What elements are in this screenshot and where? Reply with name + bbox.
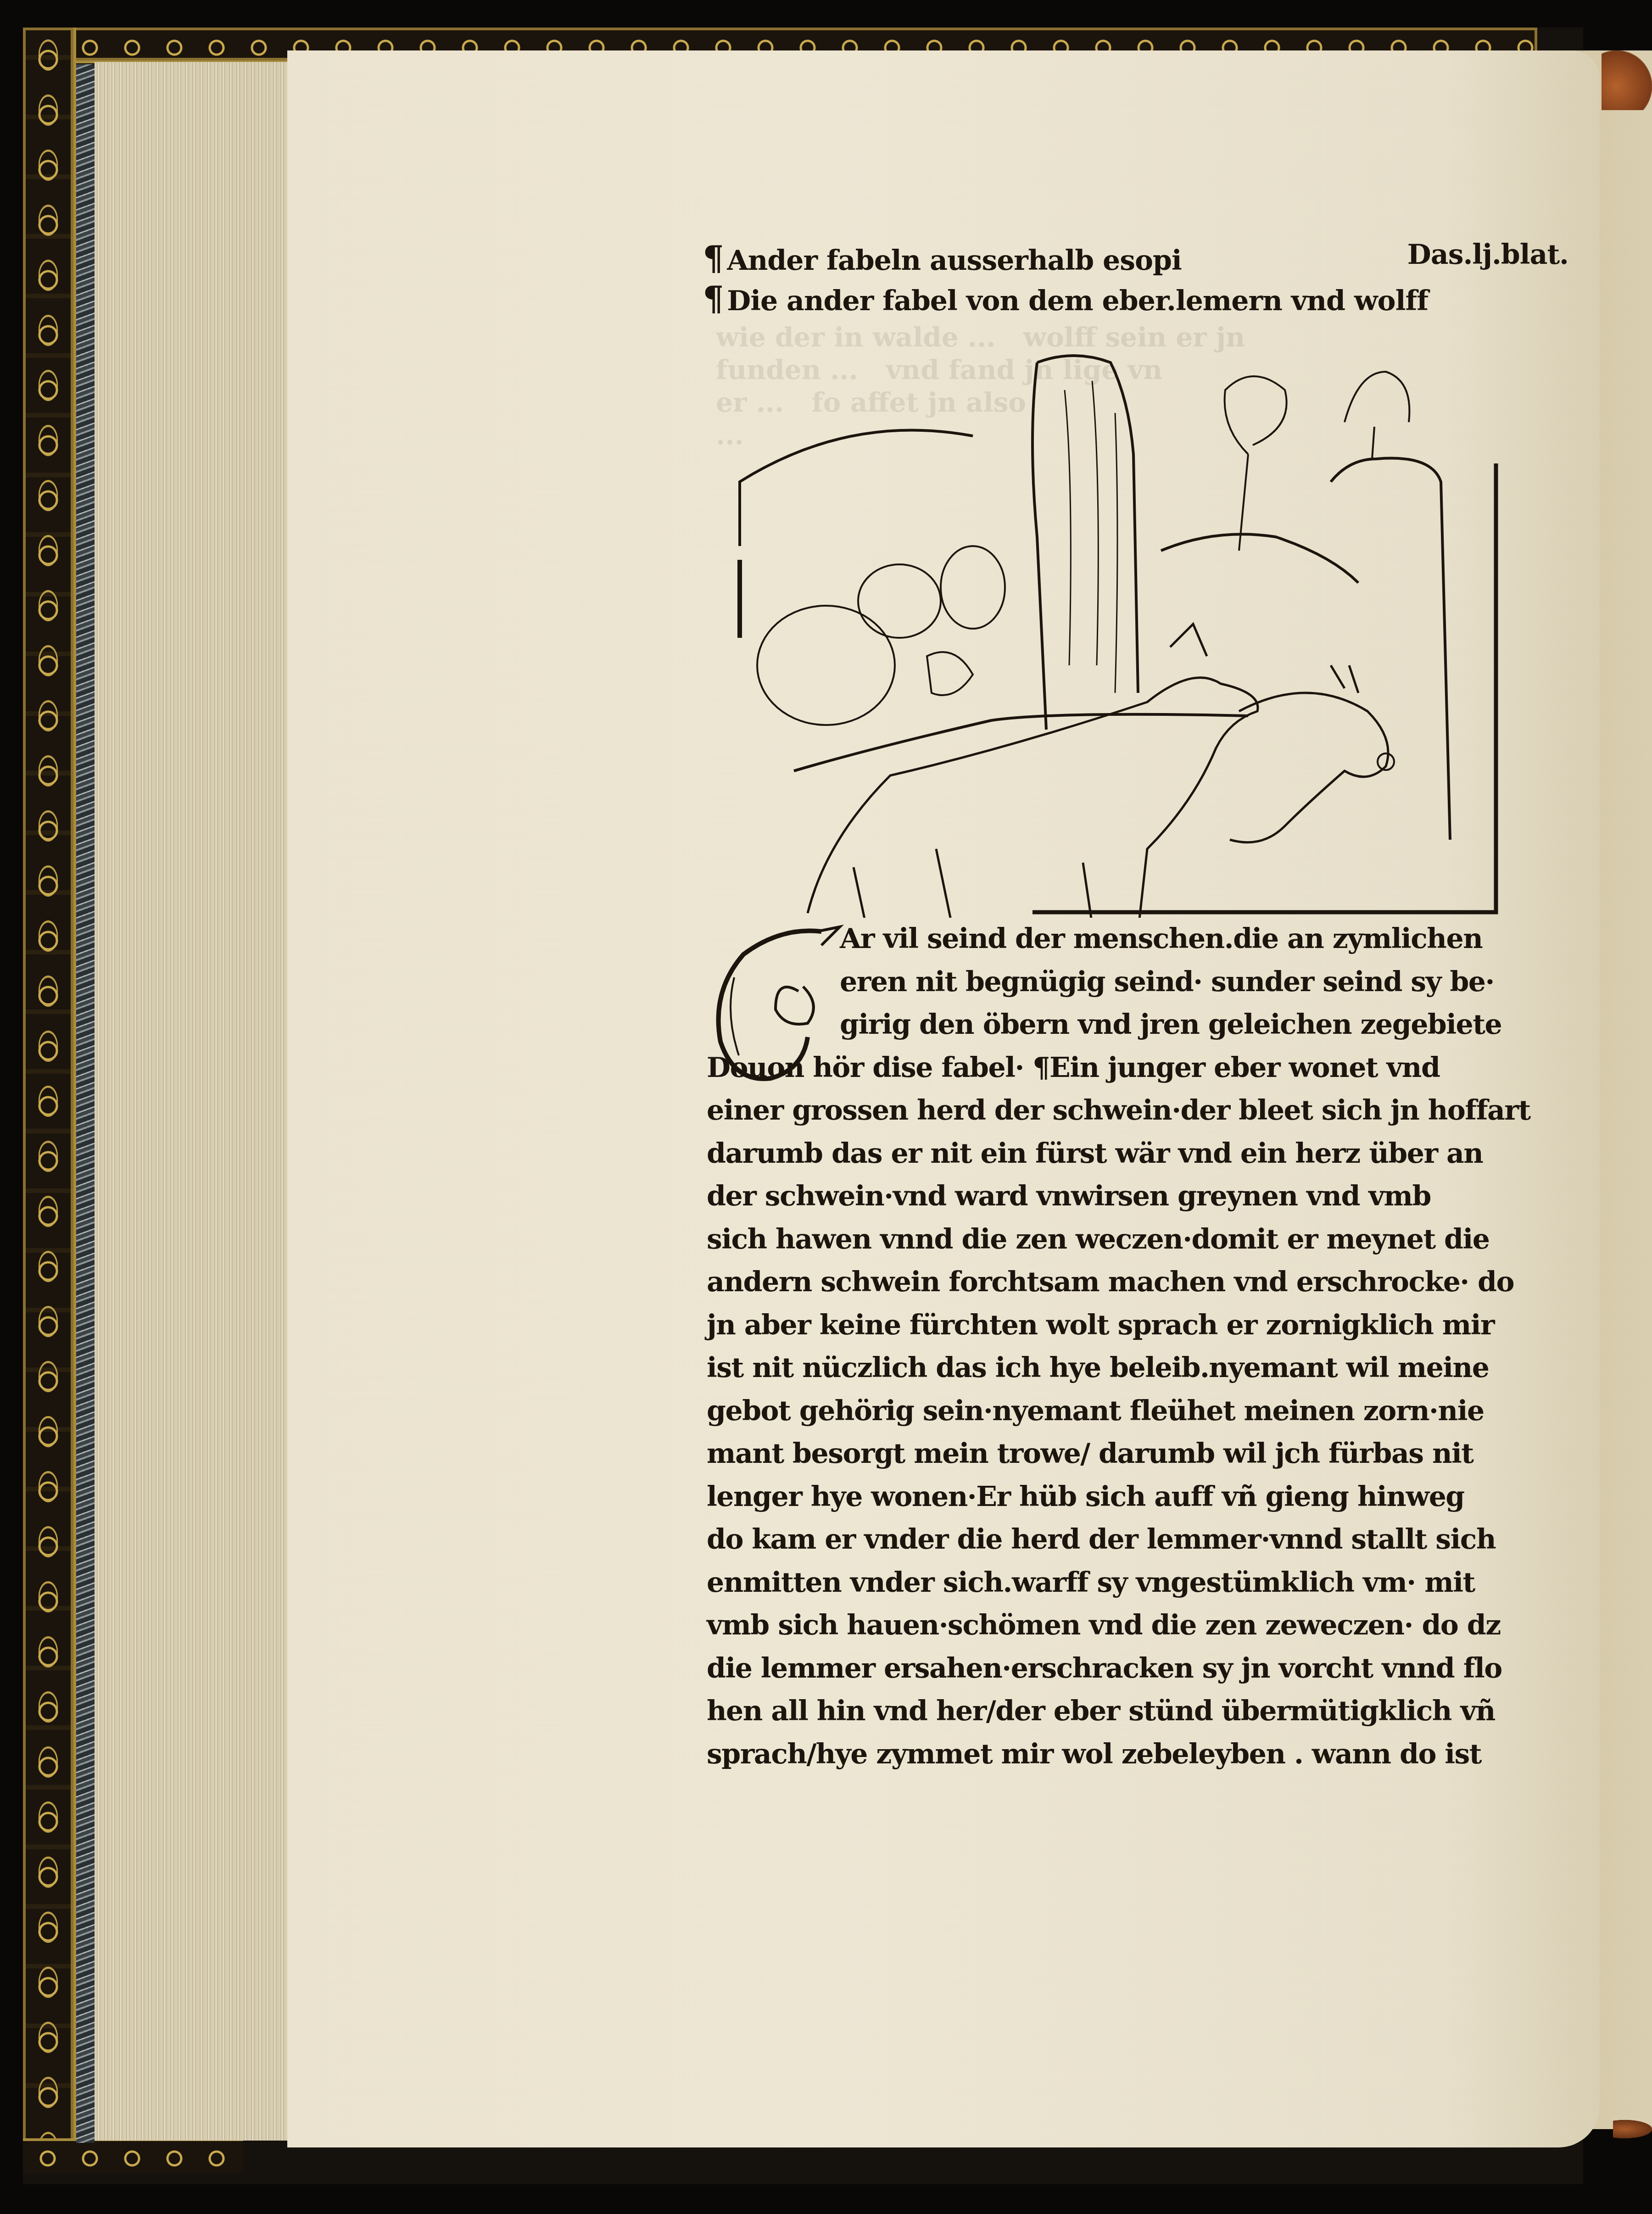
text-line: jn aber keine fürchten wolt sprach er zo… xyxy=(707,1304,1579,1347)
folio-number: Das.lj.blat. xyxy=(1407,239,1568,271)
text-line: darumb das er nit ein fürst wär vnd ein … xyxy=(707,1132,1579,1176)
red-ribbon-bottom xyxy=(1613,2120,1652,2138)
text-line: die lemmer ersahen·erschracken sy jn vor… xyxy=(707,1647,1579,1690)
running-head: ¶Ander fabeln ausserhalb esopi Das.lj.bl… xyxy=(697,239,1568,278)
text-line: eren nit begnügig seind· sunder seind sy… xyxy=(707,961,1579,1004)
text-line: lenger hye wonen·Er hüb sich auff vñ gie… xyxy=(707,1476,1579,1519)
text-line: ist nit nüczlich das ich hye beleib.nyem… xyxy=(707,1347,1579,1390)
text-line: einer grossen herd der schwein·der bleet… xyxy=(707,1089,1579,1132)
pilcrow-icon: ¶ xyxy=(697,239,723,278)
frame-arch xyxy=(740,430,973,547)
gilt-border-bottom xyxy=(23,2138,243,2173)
red-ribbon-top xyxy=(1602,50,1652,110)
text-line: der schwein·vnd ward vnwirsen greynen vn… xyxy=(707,1175,1579,1218)
running-head-left: Ander fabeln ausserhalb esopi xyxy=(727,245,1182,277)
page-block-edges xyxy=(95,62,287,2141)
chapter-title-text: Die ander fabel von dem eber.lemern vnd … xyxy=(727,285,1428,317)
text-line: hen all hin vnd her/der eber stünd überm… xyxy=(707,1690,1579,1733)
text-line: sich hawen vnnd die zen weczen·domit er … xyxy=(707,1218,1579,1261)
text-line: andern schwein forchtsam machen vnd ersc… xyxy=(707,1261,1579,1304)
marbled-endpaper xyxy=(76,64,95,2143)
text-line: mant besorgt mein trowe/ darumb wil jch … xyxy=(707,1433,1579,1476)
text-line: Douon hör dise fabel· ¶Ein junger eber w… xyxy=(707,1047,1579,1090)
text-line: Ar vil seind der menschen.die an zymlich… xyxy=(707,918,1579,961)
chapter-title: ¶Die ander fabel von dem eber.lemern vnd… xyxy=(697,279,1428,318)
text-line: girig den öbern vnd jren geleichen zegeb… xyxy=(707,1004,1579,1047)
gilt-border-left xyxy=(23,28,76,2166)
text-line: vmb sich hauen·schömen vnd die zen zewec… xyxy=(707,1604,1579,1647)
text-line: sprach/hye zymmet mir wol zebeleyben . w… xyxy=(707,1733,1579,1776)
pilcrow-icon: ¶ xyxy=(697,279,723,318)
woodcut-illustration xyxy=(734,344,1505,918)
text-line: enmitten vnder sich.warff sy vngestümkli… xyxy=(707,1562,1579,1605)
text-line: gebot gehörig sein·nyemant fleühet meine… xyxy=(707,1390,1579,1433)
text-line: do kam er vnder die herd der lemmer·vnnd… xyxy=(707,1518,1579,1562)
fable-body-text: Ar vil seind der menschen.die an zymlich… xyxy=(707,918,1579,1776)
